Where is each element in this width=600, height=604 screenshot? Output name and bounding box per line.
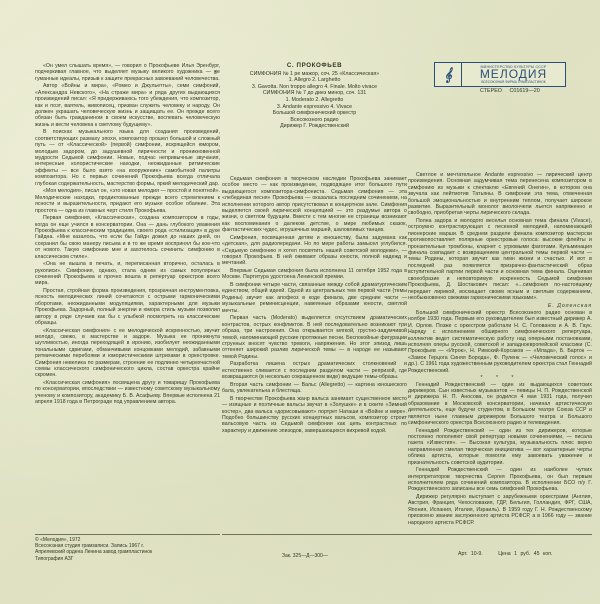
conductor-paragraph: Геннадий Рождественский — один из тех ди… [408, 428, 592, 466]
paragraph: Симфония, посвященная детям и юношеству,… [222, 235, 407, 267]
melodiya-emblem-icon: 𝄞 [435, 63, 462, 86]
article-number: Арт. 10-9. [458, 551, 483, 557]
middle-column: Седьмая симфония в творческом наследии П… [222, 176, 407, 435]
melodiya-logo: 𝄞 МИНИСТЕРСТВО КУЛЬТУРЫ СССР МЕЛОДИЯ ВСЕ… [434, 62, 566, 87]
program-line: Большой симфонический оркестр [222, 110, 407, 117]
program-line: 1. Allegro 2. Larghetto [222, 77, 407, 84]
program-line: СИМФОНИЯ № 1 ре мажор, соч. 25 «Классиче… [222, 71, 407, 78]
catalog-number: С01619—20 [510, 88, 540, 94]
right-column: Светлое и мечтательное Andante espressiv… [408, 172, 592, 527]
program-line: Дирижер Г. Рождественский [222, 123, 407, 130]
catalog-info: СТЕРЕО С01619—20 [480, 88, 540, 94]
conductor-paragraph: Геннадий Рождественский — один из выдающ… [408, 382, 592, 427]
order-number: Зак. 325—Д—300— [282, 553, 328, 559]
paragraph: В симфонии четыре части, связанные между… [222, 282, 407, 314]
price-info: Арт. 10-9. Цена 1 руб. 45 коп. [458, 551, 552, 557]
orchestra-paragraph: Большой симфонический оркестр Всесоюзног… [408, 310, 592, 374]
price-label: Цена 1 руб. 45 коп. [498, 551, 552, 557]
program-line: 1. Moderato 2. Allegretto [222, 97, 407, 104]
conductor-paragraph: Дирижер регулярно выступает с зарубежным… [408, 494, 592, 526]
paragraph: Полна задора и молодого веселья основная… [408, 218, 592, 301]
paragraph: Простая, стройная форма произведения, пр… [35, 288, 220, 326]
program-header: С. ПРОКОФЬЕВ СИМФОНИЯ № 1 ре мажор, соч.… [222, 63, 407, 130]
paragraph: «Она не вышла в печать, и, переписанная … [35, 261, 220, 287]
imprint-line: Типография АЗГ [35, 556, 220, 562]
divider-line [35, 534, 220, 535]
paragraph: Автор «Войны и мира», «Ромео и Джульетты… [35, 83, 220, 128]
paragraph: «Классическая симфония» с ее мелодическо… [35, 328, 220, 379]
paragraph: Впервые Седьмая симфония была исполнена … [222, 268, 407, 281]
composer-name: С. ПРОКОФЬЕВ [222, 63, 407, 70]
paragraph: Первая симфония, «Классическая», создана… [35, 215, 220, 260]
program-line: 3. Gavotta. Non troppo allegro 4. Finale… [222, 84, 407, 91]
paragraph: В поисках музыкального языка для создани… [35, 129, 220, 187]
paragraph: Светлое и мечтательное Andante espressiv… [408, 172, 592, 217]
logo-brand: МЕЛОДИЯ [480, 69, 547, 80]
paragraph: Седьмая симфония в творческом наследии П… [222, 176, 407, 234]
paragraph: «Он умел слышать время», — говорил о Про… [35, 63, 220, 82]
program-line: СИМФОНИЯ № 7 до диез минор, соч. 131 [222, 90, 407, 97]
author-signature: Е. Доленская [408, 303, 592, 309]
divider-line [222, 534, 592, 535]
conductor-paragraph: Геннадий Рождественский — один из наибол… [408, 467, 592, 493]
paragraph: «Классическая симфония» посвящена другу … [35, 380, 220, 406]
paragraph: Вторая часть симфонии — Вальс (Allegrett… [222, 382, 407, 395]
paragraph: В творчестве Прокофьева жанр вальса зани… [222, 396, 407, 434]
imprint: © «Мелодия», 1972 Всесоюзная студия грам… [35, 537, 220, 562]
left-column: «Он умел слышать время», — говорил о Про… [35, 63, 220, 407]
stereo-label: СТЕРЕО [480, 88, 502, 94]
paragraph: Первая часть (Moderato) выделяется отсут… [222, 315, 407, 360]
paragraph: Разработка лишена острых драматических с… [222, 361, 407, 380]
logo-bottom-line: ВСЕСОЮЗНАЯ ФИРМА ГРАМПЛАСТИНОК [481, 80, 545, 84]
paragraph: «Моя мелодия», писал он, «это новая мело… [35, 188, 220, 214]
